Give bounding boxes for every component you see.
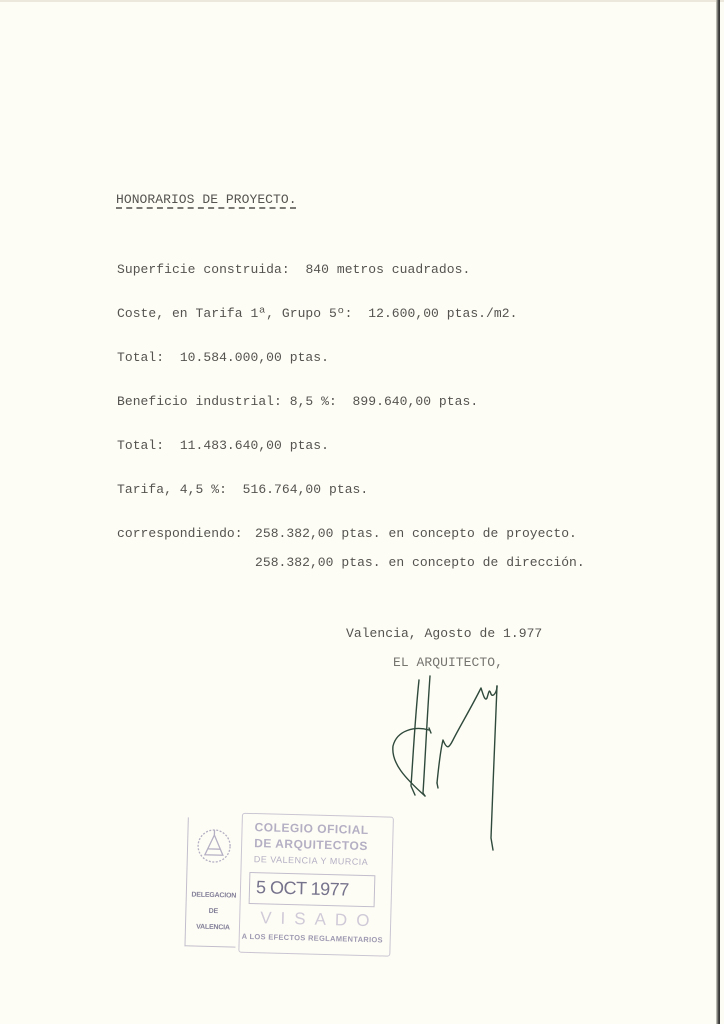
stamp-visado: VISADO	[260, 908, 379, 931]
line-label: Total:	[117, 350, 164, 365]
stamp-date-box: 5 OCT 1977	[249, 872, 376, 907]
page-top-edge	[0, 0, 724, 2]
line-superficie: Superficie construida: 840 metros cuadra…	[117, 262, 470, 278]
stamp-date: 5 OCT 1977	[256, 877, 349, 900]
line-beneficio: Beneficio industrial: 8,5 %: 899.640,00 …	[117, 394, 478, 410]
page-right-edge	[716, 0, 720, 1024]
emblem-icon	[193, 822, 234, 871]
line-value: 10.584.000,00 ptas.	[180, 350, 329, 365]
breakdown-label: correspondiendo:	[117, 526, 243, 542]
line-value: 840 metros cuadrados.	[305, 262, 470, 277]
line-label: Tarifa, 4,5 %:	[117, 482, 227, 497]
line-value: 11.483.640,00 ptas.	[180, 438, 329, 453]
breakdown-item-direccion: 258.382,00 ptas. en concepto de direcció…	[255, 555, 585, 571]
stamp-line2: DE ARQUITECTOS	[254, 836, 394, 854]
line-tarifa: Tarifa, 4,5 %: 516.764,00 ptas.	[117, 482, 368, 498]
place-date: Valencia, Agosto de 1.977	[346, 626, 542, 642]
line-total-2: Total: 11.483.640,00 ptas.	[117, 438, 329, 454]
line-coste: Coste, en Tarifa 1ª, Grupo 5º: 12.600,00…	[117, 306, 517, 322]
line-label: Total:	[117, 438, 164, 453]
document-title: HONORARIOS DE PROYECTO.	[116, 192, 297, 208]
line-label: Coste, en Tarifa 1ª, Grupo 5º:	[117, 306, 353, 321]
document-page: HONORARIOS DE PROYECTO. Superficie const…	[0, 0, 720, 1024]
stamp-line1: COLEGIO OFICIAL	[254, 820, 394, 838]
visado-stamp: DELEGACION DE VALENCIA COLEGIO OFICIAL D…	[184, 811, 394, 966]
stamp-delegation-panel: DELEGACION DE VALENCIA	[184, 817, 238, 947]
stamp-delegation-line1: DELEGACION	[187, 891, 241, 899]
stamp-main-panel: COLEGIO OFICIAL DE ARQUITECTOS DE VALENC…	[238, 813, 394, 957]
signature	[385, 668, 520, 856]
line-value: 516.764,00 ptas.	[243, 482, 369, 497]
line-label: Superficie construida:	[117, 262, 290, 277]
line-label: Beneficio industrial: 8,5 %:	[117, 394, 337, 409]
line-total-1: Total: 10.584.000,00 ptas.	[117, 350, 329, 366]
stamp-delegation-line2: DE	[186, 907, 240, 915]
line-value: 12.600,00 ptas./m2.	[368, 306, 517, 321]
stamp-line3: DE VALENCIA Y MURCIA	[254, 854, 394, 868]
line-value: 899.640,00 ptas.	[353, 394, 479, 409]
stamp-delegation-line3: VALENCIA	[186, 923, 240, 931]
stamp-footer: A LOS EFECTOS REGLAMENTARIOS	[242, 932, 383, 945]
breakdown-item-proyecto: 258.382,00 ptas. en concepto de proyecto…	[255, 526, 577, 542]
